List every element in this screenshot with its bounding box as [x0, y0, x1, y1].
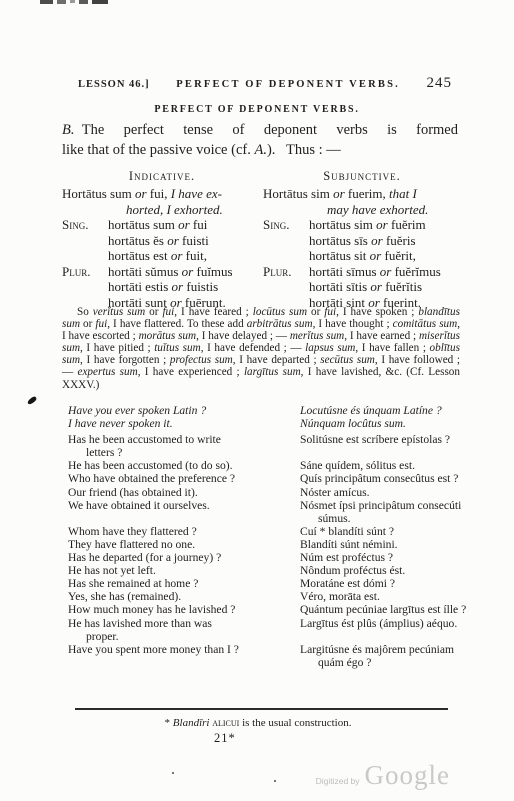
google-watermark: Digitized by Google — [316, 760, 450, 791]
subjunctive-column: Hortātus sim or fuerim, that I may have … — [263, 186, 464, 310]
singular-label: Sing. — [62, 217, 88, 233]
exercise-latin: Moratáne est dómi ? — [300, 577, 476, 590]
paradigm-line: hortāti estis or fuistis — [108, 279, 263, 295]
exercise-row: Have you spent more money than I ? Largi… — [68, 643, 472, 669]
indicative-lead: Hortātus sum or fui, I have ex- horted, … — [62, 186, 263, 217]
paradigm-line: hortātus sit or fuĕrit, — [309, 248, 464, 264]
exercise-english: Yes, she has (remained). — [68, 590, 246, 603]
exercise-row: He has lavished more than was proper. La… — [68, 617, 472, 643]
page-number: 245 — [427, 75, 453, 92]
exercise-latin: Nósmet ípsi principâtum consecúti súmus. — [300, 499, 476, 525]
exercise-latin: Nôndum proféctus ést. — [300, 564, 476, 577]
exercise-english: Have you ever spoken Latin ? — [68, 404, 246, 417]
scan-artifact — [40, 0, 108, 4]
section-heading: PERFECT OF DEPONENT VERBS. — [0, 104, 514, 115]
exercise-english: Has he departed (for a journey) ? — [68, 551, 246, 564]
paradigm-line: Hortātus sum or fui, I have ex- — [62, 186, 263, 202]
exercise-latin: Cuí * blandíti súnt ? — [300, 525, 476, 538]
exercise-english: How much money has he lavished ? — [68, 603, 246, 616]
digitized-by-label: Digitized by — [316, 776, 360, 786]
scan-artifact-dash — [57, 0, 66, 4]
intro-line: like that of the passive voice (cf. A.).… — [62, 141, 458, 161]
indicative-column: Hortātus sum or fui, I have ex- horted, … — [62, 186, 263, 310]
exercise-english: Have you spent more money than I ? — [68, 643, 246, 669]
exercise-row: Have you ever spoken Latin ? Locutúsne é… — [68, 404, 472, 417]
exercise-row: Has he departed (for a journey) ? Núm es… — [68, 551, 472, 564]
exercise-table: Have you ever spoken Latin ? Locutúsne é… — [68, 404, 472, 669]
plural-label: Plur. — [62, 264, 90, 280]
exercise-english: Who have obtained the preference ? — [68, 472, 246, 485]
ink-dot — [172, 772, 174, 774]
exercise-english: They have flattered no one. — [68, 538, 246, 551]
exercise-latin: Quís principâtum consecûtus est ? — [300, 472, 476, 485]
paradigm-line: Hortātus sim or fuerim, that I — [263, 186, 464, 202]
exercise-row: Has she remained at home ? Moratáne est … — [68, 577, 472, 590]
scan-artifact-dash — [79, 0, 88, 4]
exercise-english: Has she remained at home ? — [68, 577, 246, 590]
ink-mark — [26, 396, 37, 406]
exercise-row: They have flattered no one. Blandíti sún… — [68, 538, 472, 551]
note-paragraph: So verĭtus sum or fui, I have feared ; l… — [62, 306, 460, 391]
subjunctive-plural-group: Plur. hortāti sīmus or fuĕrĭmus hortāti … — [263, 264, 464, 311]
exercise-latin: Núnquam locûtus sum. — [300, 417, 476, 430]
paradigm-column-headers: Indicative. Subjunctive. — [62, 169, 462, 184]
running-header-lesson: LESSON 46.] — [78, 79, 150, 90]
footnote: * Blandīri alicui is the usual construct… — [62, 717, 454, 729]
scan-artifact-dash — [70, 0, 75, 3]
exercise-english: We have obtained it ourselves. — [68, 499, 246, 525]
scan-artifact-dash — [40, 0, 53, 4]
exercise-row: How much money has he lavished ? Quántum… — [68, 603, 472, 616]
scan-artifact-dash — [92, 0, 108, 4]
google-logo: Google — [365, 760, 450, 791]
indicative-plural-group: Plur. hortāti sŭmus or fuĭmus hortāti es… — [62, 264, 263, 311]
exercise-english: Our friend (has obtained it). — [68, 486, 246, 499]
exercise-row: Has he been accustomed to write letters … — [68, 433, 472, 459]
running-header-title: PERFECT OF DEPONENT VERBS. — [176, 79, 400, 90]
paradigm-line: hortāti sīmus or fuĕrĭmus — [309, 264, 464, 280]
subjunctive-lead: Hortātus sim or fuerim, that I may have … — [263, 186, 464, 217]
paradigm-line: hortātus est or fuit, — [108, 248, 263, 264]
exercise-row: He has been accustomed (to do so). Sáne … — [68, 459, 472, 472]
intro-line: B. The perfect tense of deponent verbs i… — [62, 121, 458, 141]
exercise-latin: Blandíti súnt némini. — [300, 538, 476, 551]
exercise-row: I have never spoken it. Núnquam locûtus … — [68, 417, 472, 430]
plural-label: Plur. — [263, 264, 291, 280]
subjunctive-singular-group: Sing. hortātus sim or fuĕrim hortātus sī… — [263, 217, 464, 264]
paradigm-line: horted, I exhorted. — [62, 202, 263, 218]
exercise-latin: Largītus ést plûs (ámplius) aéquo. — [300, 617, 476, 643]
printers-signature: 21* — [214, 731, 236, 746]
exercise-row: Who have obtained the preference ? Quís … — [68, 472, 472, 485]
exercise-latin: Locutúsne és únquam Latíne ? — [300, 404, 476, 417]
exercise-english: He has lavished more than was proper. — [68, 617, 246, 643]
exercise-english: He has been accustomed (to do so). — [68, 459, 246, 472]
exercise-english: Has he been accustomed to write letters … — [68, 433, 246, 459]
subjunctive-header: Subjunctive. — [262, 169, 462, 184]
paradigm-line: hortātus sīs or fuĕris — [309, 233, 464, 249]
indicative-header: Indicative. — [62, 169, 262, 184]
exercise-english: He has not yet left. — [68, 564, 246, 577]
exercise-latin: Véro, morāta est. — [300, 590, 476, 603]
exercise-latin: Núm est proféctus ? — [300, 551, 476, 564]
exercise-english: Whom have they flattered ? — [68, 525, 246, 538]
exercise-latin: Quántum pecúniae largītus est ílle ? — [300, 603, 476, 616]
exercise-latin: Largitúsne és majôrem pecúniam quám égo … — [300, 643, 476, 669]
exercise-latin: Solitúsne est scríbere epístolas ? — [300, 433, 476, 459]
running-header: LESSON 46.] PERFECT OF DEPONENT VERBS. 2… — [78, 75, 452, 92]
exercise-row: He has not yet left. Nôndum proféctus és… — [68, 564, 472, 577]
paradigm-table: Hortātus sum or fui, I have ex- horted, … — [62, 186, 464, 310]
exercise-english: I have never spoken it. — [68, 417, 246, 430]
exercise-row: Yes, she has (remained). Véro, morāta es… — [68, 590, 472, 603]
exercise-row: Our friend (has obtained it). Nóster amí… — [68, 486, 472, 499]
paradigm-line: hortātus sim or fuĕrim — [309, 217, 464, 233]
paradigm-line: hortāti sŭmus or fuĭmus — [108, 264, 263, 280]
paradigm-line: hortātus ĕs or fuisti — [108, 233, 263, 249]
exercise-latin: Nóster amícus. — [300, 486, 476, 499]
exercise-latin: Sáne quídem, sólitus est. — [300, 459, 476, 472]
ink-dot — [274, 780, 276, 782]
intro-paragraph: B. The perfect tense of deponent verbs i… — [62, 121, 458, 160]
footnote-rule — [75, 708, 448, 710]
exercise-row: We have obtained it ourselves. Nósmet íp… — [68, 499, 472, 525]
singular-label: Sing. — [263, 217, 289, 233]
paradigm-line: hortāti sītis or fuĕrĭtis — [309, 279, 464, 295]
paradigm-line: may have exhorted. — [263, 202, 464, 218]
paradigm-line: hortātus sum or fui — [108, 217, 263, 233]
exercise-row: Whom have they flattered ? Cuí * blandít… — [68, 525, 472, 538]
book-page: LESSON 46.] PERFECT OF DEPONENT VERBS. 2… — [0, 0, 514, 801]
indicative-singular-group: Sing. hortātus sum or fui hortātus ĕs or… — [62, 217, 263, 264]
